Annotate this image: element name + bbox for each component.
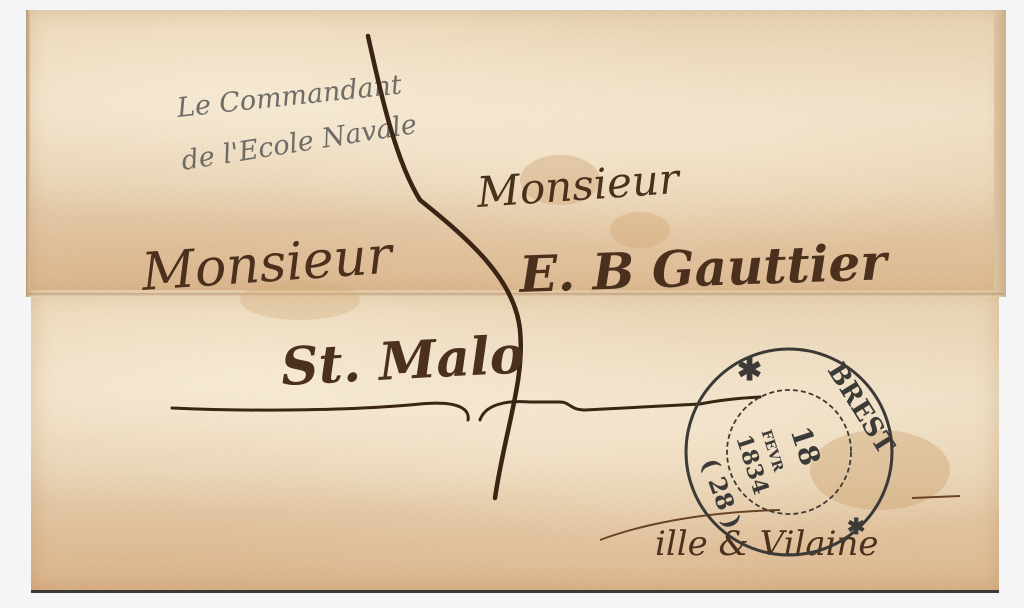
- letter-scan: Le Commandant de l'Ecole Navale Monsieur…: [0, 0, 1024, 608]
- destination-city: St. Malo: [279, 324, 525, 398]
- underline-flourish: [172, 397, 760, 420]
- sender-cachet: Le Commandant de l'Ecole Navale: [174, 70, 419, 177]
- salutation-top: Monsieur: [474, 154, 683, 217]
- salutation: Monsieur: [139, 225, 397, 303]
- destination-region: ille & Vilaine: [655, 524, 879, 564]
- recipient-name: E. B Gauttier: [516, 232, 891, 304]
- postmark-ornament: ✱: [737, 353, 762, 388]
- ink-layer: Le Commandant de l'Ecole Navale Monsieur…: [0, 0, 1024, 608]
- postmark-ornament-bottom: ✱: [847, 514, 865, 540]
